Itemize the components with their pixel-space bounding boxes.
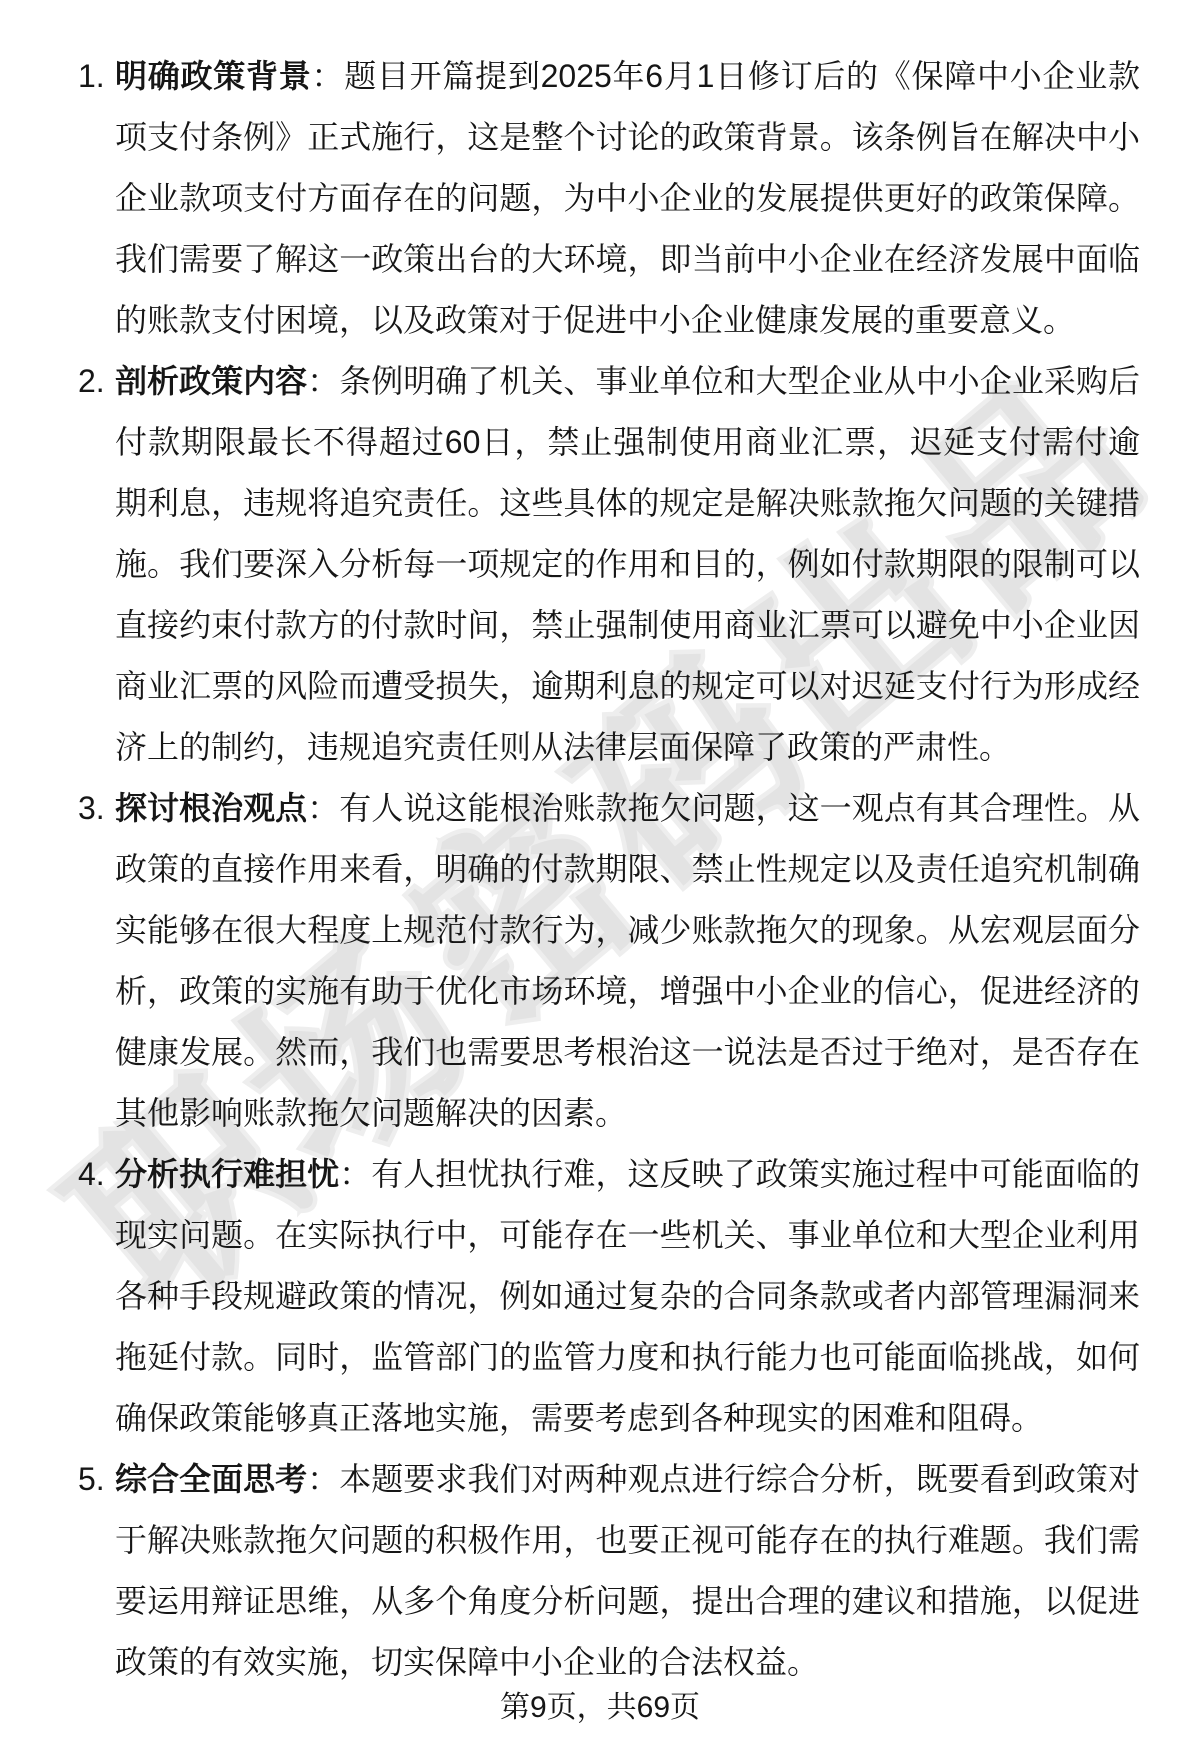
list-item-title: 分析执行难担忧 — [115, 1156, 339, 1192]
list-item-title: 综合全面思考 — [115, 1461, 307, 1497]
list-item-body: 题目开篇提到2025年6月1日修订后的《保障中小企业款项支付条例》正式施行，这是… — [115, 58, 1140, 338]
list-item-title: 探讨根治观点 — [115, 790, 307, 826]
analysis-steps-list: 1.明确政策背景：题目开篇提到2025年6月1日修订后的《保障中小企业款项支付条… — [78, 46, 1140, 1693]
list-item-colon: ： — [307, 790, 339, 826]
list-item-number: 4. — [78, 1144, 105, 1205]
list-item-title: 剖析政策内容 — [115, 363, 307, 399]
list-item: 5.综合全面思考：本题要求我们对两种观点进行综合分析，既要看到政策对于解决账款拖… — [78, 1449, 1140, 1693]
list-item: 2.剖析政策内容：条例明确了机关、事业单位和大型企业从中小企业采购后付款期限最长… — [78, 351, 1140, 778]
list-item-number: 1. — [78, 46, 105, 107]
list-item-number: 2. — [78, 351, 105, 412]
list-item-body: 有人说这能根治账款拖欠问题，这一观点有其合理性。从政策的直接作用来看，明确的付款… — [115, 790, 1140, 1131]
list-item: 4.分析执行难担忧：有人担忧执行难，这反映了政策实施过程中可能面临的现实问题。在… — [78, 1144, 1140, 1449]
list-item-title: 明确政策背景 — [115, 58, 311, 94]
page-number-indicator: 第9页，共69页 — [0, 1687, 1200, 1729]
document-page: 职场密码出品 1.明确政策背景：题目开篇提到2025年6月1日修订后的《保障中小… — [0, 0, 1200, 1755]
list-item-body: 条例明确了机关、事业单位和大型企业从中小企业采购后付款期限最长不得超过60日，禁… — [115, 363, 1140, 765]
list-item-colon: ： — [311, 58, 344, 94]
list-item-number: 5. — [78, 1449, 105, 1510]
list-item-colon: ： — [339, 1156, 371, 1192]
list-item-colon: ： — [307, 1461, 339, 1497]
list-item: 3.探讨根治观点：有人说这能根治账款拖欠问题，这一观点有其合理性。从政策的直接作… — [78, 778, 1140, 1144]
list-item-body: 有人担忧执行难，这反映了政策实施过程中可能面临的现实问题。在实际执行中，可能存在… — [115, 1156, 1140, 1436]
list-item-number: 3. — [78, 778, 105, 839]
list-item-colon: ： — [307, 363, 339, 399]
list-item: 1.明确政策背景：题目开篇提到2025年6月1日修订后的《保障中小企业款项支付条… — [78, 46, 1140, 351]
